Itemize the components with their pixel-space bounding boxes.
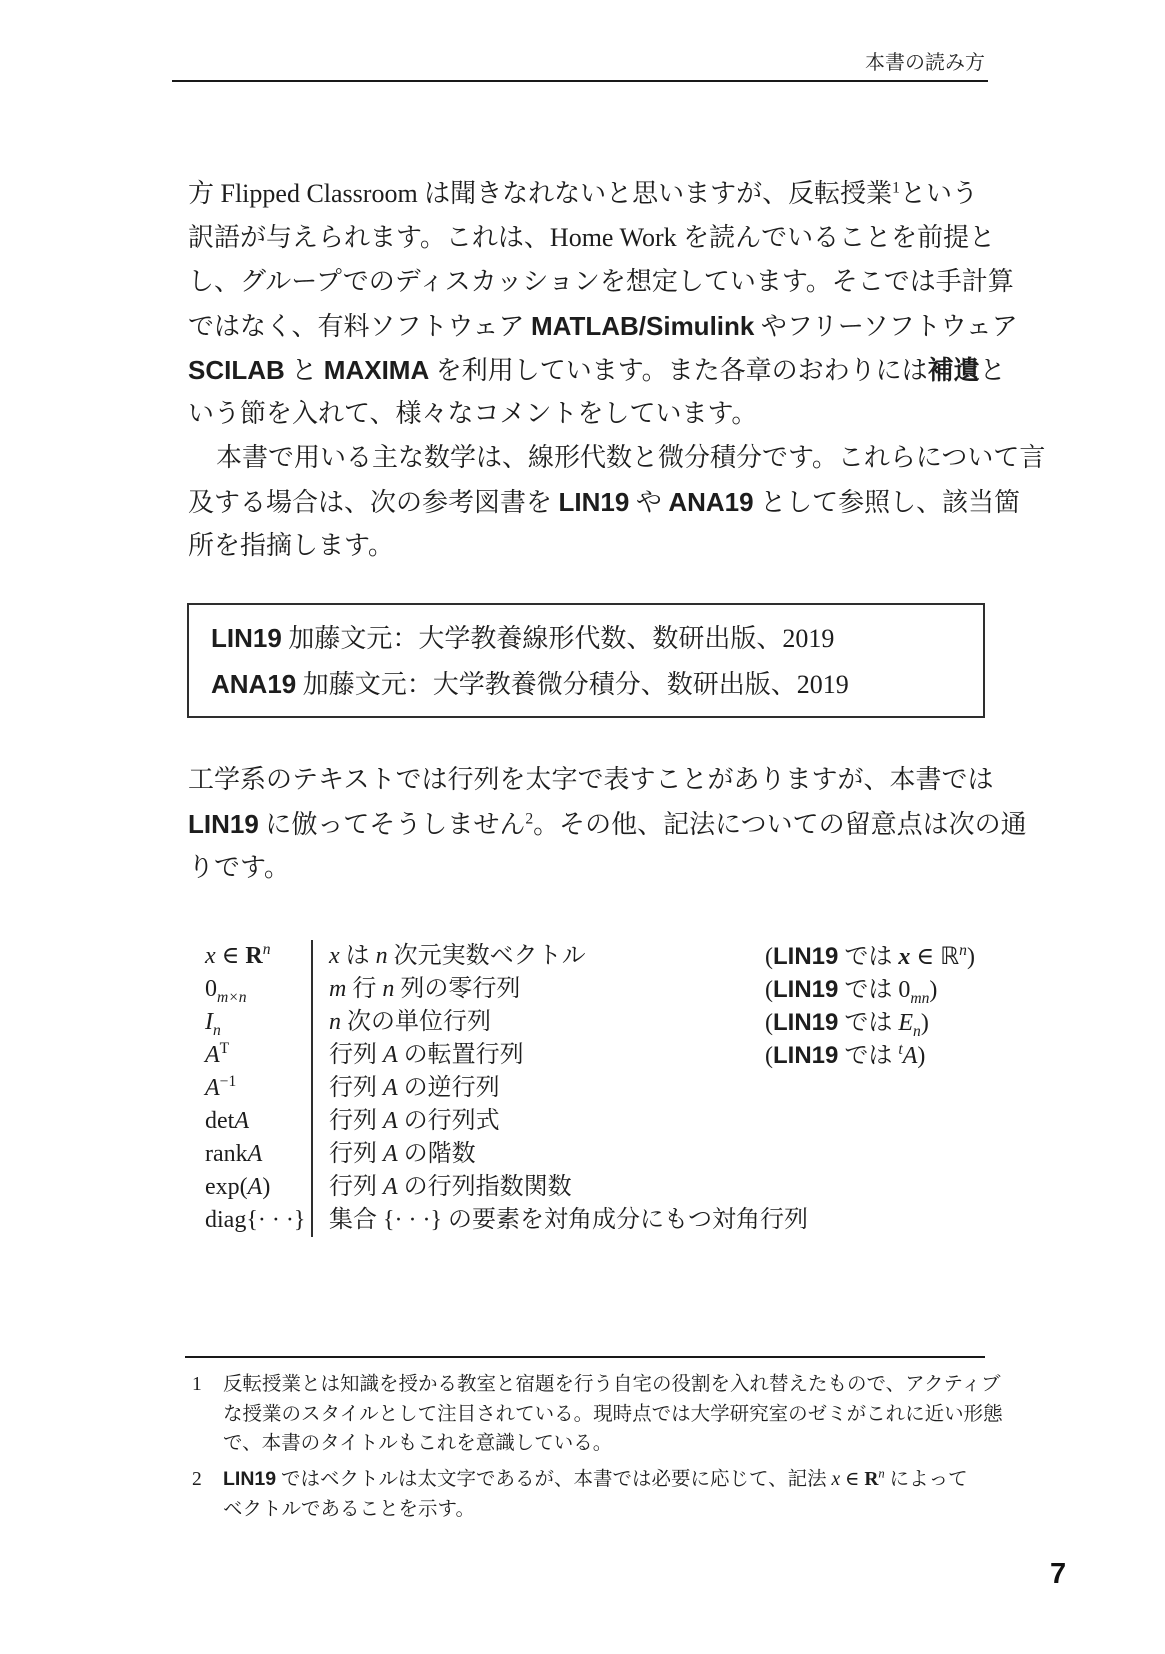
text-line: 所を指摘します。 bbox=[188, 524, 988, 568]
description-cell: 集合 {· · ·} の要素を対角成分にもつ対角行列 bbox=[311, 1204, 985, 1237]
emphasis-term: 補遺 bbox=[928, 355, 980, 385]
product-name: SCILAB bbox=[188, 355, 285, 385]
product-name: MAXIMA bbox=[324, 355, 429, 385]
reference-key: LIN19 bbox=[559, 487, 630, 517]
text-line: ではなく、有料ソフトウェア MATLAB/Simulink やフリーソフトウェア bbox=[188, 304, 988, 348]
reference-key: LIN19 bbox=[211, 623, 282, 653]
book-page: 本書の読み方 方 Flipped Classroom は聞きなれないと思いますが… bbox=[0, 0, 1165, 1654]
symbol-cell: x ∈ Rn bbox=[205, 940, 311, 973]
notation-row: A−1 行列 A の逆行列 bbox=[205, 1072, 985, 1105]
text-line: で、本書のタイトルもこれを意識している。 bbox=[223, 1429, 987, 1459]
notation-row: 0m×n m 行 n 列の零行列 (LIN19 では 0mn) bbox=[205, 973, 985, 1006]
reference-entry: LIN19 加藤文元：大学教養線形代数、数研出版、2019 bbox=[211, 615, 983, 661]
text-line: 方 Flipped Classroom は聞きなれないと思いますが、反転授業1と… bbox=[188, 172, 988, 216]
notation-row: diag{· · ·} 集合 {· · ·} の要素を対角成分にもつ対角行列 bbox=[205, 1204, 985, 1237]
footnote-ref-2: 2 bbox=[525, 810, 533, 827]
footnote-text: LIN19 ではベクトルは太文字であるが、本書では必要に応じて、記法 x ∈ R… bbox=[223, 1465, 987, 1524]
main-text: 方 Flipped Classroom は聞きなれないと思いますが、反転授業1と… bbox=[188, 172, 988, 568]
text-line: 本書で用いる主な数学は、線形代数と微分積分です。これらについて言 bbox=[188, 436, 988, 480]
text-line: 工学系のテキストでは行列を太字で表すことがありますが、本書では bbox=[188, 758, 988, 802]
symbol-cell: rankA bbox=[205, 1138, 311, 1171]
footnote-rule bbox=[185, 1356, 985, 1358]
reference-key: ANA19 bbox=[668, 487, 753, 517]
text-line: LIN19 に倣ってそうしません2。その他、記法についての留意点は次の通 bbox=[188, 802, 988, 846]
description-cell: 行列 A の逆行列 bbox=[311, 1072, 985, 1105]
notation-row: rankA 行列 A の階数 bbox=[205, 1138, 985, 1171]
footnote-marker: 2 bbox=[192, 1465, 202, 1495]
footnote-marker: 1 bbox=[192, 1370, 202, 1400]
notation-row: In n 次の単位行列 (LIN19 では En) bbox=[205, 1006, 985, 1039]
lin19-note-cell: (LIN19 では 0mn) bbox=[765, 973, 937, 1007]
lin19-note-cell: (LIN19 では tA) bbox=[765, 1039, 925, 1073]
footnote-text: 反転授業とは知識を授かる教室と宿題を行う自宅の役割を入れ替えたもので、アクティブ… bbox=[223, 1370, 987, 1459]
text-line: し、グループでのディスカッションを想定しています。そこでは手計算 bbox=[188, 260, 988, 304]
text-line: ベクトルであることを示す。 bbox=[223, 1495, 987, 1525]
lin19-note-cell: (LIN19 では x ∈ ℝn) bbox=[765, 940, 975, 974]
reference-key: LIN19 bbox=[223, 1468, 276, 1490]
description-cell: 行列 A の階数 bbox=[311, 1138, 985, 1171]
symbol-cell: diag{· · ·} bbox=[205, 1204, 311, 1237]
symbol-cell: 0m×n bbox=[205, 973, 311, 1006]
text-line: LIN19 ではベクトルは太文字であるが、本書では必要に応じて、記法 x ∈ R… bbox=[223, 1465, 987, 1495]
description-cell: 行列 A の行列指数関数 bbox=[311, 1171, 985, 1204]
symbol-cell: detA bbox=[205, 1105, 311, 1138]
symbol-cell: In bbox=[205, 1006, 311, 1039]
notation-row: detA 行列 A の行列式 bbox=[205, 1105, 985, 1138]
footnote-ref-1: 1 bbox=[892, 179, 900, 196]
text-line: 訳語が与えられます。これは、Home Work を読んでいることを前提と bbox=[188, 216, 988, 260]
symbol-cell: A−1 bbox=[205, 1072, 311, 1105]
text-line: 及する場合は、次の参考図書を LIN19 や ANA19 として参照し、該当箇 bbox=[188, 480, 988, 524]
reference-box: LIN19 加藤文元：大学教養線形代数、数研出版、2019 ANA19 加藤文元… bbox=[187, 603, 985, 718]
running-header: 本書の読み方 bbox=[185, 46, 985, 75]
reference-key: ANA19 bbox=[211, 669, 296, 699]
notation-table: x ∈ Rn x は n 次元実数ベクトル (LIN19 では x ∈ ℝn) … bbox=[205, 940, 985, 1237]
text-line: いう節を入れて、様々なコメントをしています。 bbox=[188, 392, 988, 436]
text-line: な授業のスタイルとして注目されている。現時点では大学研究室のゼミがこれに近い形態 bbox=[223, 1400, 987, 1430]
text-line: 反転授業とは知識を授かる教室と宿題を行う自宅の役割を入れ替えたもので、アクティブ bbox=[223, 1370, 987, 1400]
reference-key: LIN19 bbox=[188, 809, 259, 839]
symbol-cell: exp(A) bbox=[205, 1171, 311, 1204]
description-cell: 行列 A の行列式 bbox=[311, 1105, 985, 1138]
notation-row: AT 行列 A の転置行列 (LIN19 では tA) bbox=[205, 1039, 985, 1072]
paragraph: 工学系のテキストでは行列を太字で表すことがありますが、本書では LIN19 に倣… bbox=[188, 758, 988, 890]
text-line: SCILAB と MAXIMA を利用しています。また各章のおわりには補遺と bbox=[188, 348, 988, 392]
lin19-note-cell: (LIN19 では En) bbox=[765, 1006, 929, 1040]
text-line: りです。 bbox=[188, 846, 988, 890]
header-rule bbox=[172, 80, 988, 82]
page-number: 7 bbox=[1050, 1558, 1066, 1591]
product-name: MATLAB/Simulink bbox=[531, 311, 754, 341]
symbol-cell: AT bbox=[205, 1039, 311, 1072]
reference-entry: ANA19 加藤文元：大学教養微分積分、数研出版、2019 bbox=[211, 661, 983, 707]
notation-row: exp(A) 行列 A の行列指数関数 bbox=[205, 1171, 985, 1204]
notation-row: x ∈ Rn x は n 次元実数ベクトル (LIN19 では x ∈ ℝn) bbox=[205, 940, 985, 973]
footnote-2: 2 LIN19 ではベクトルは太文字であるが、本書では必要に応じて、記法 x ∈… bbox=[192, 1465, 987, 1524]
footnote-1: 1 反転授業とは知識を授かる教室と宿題を行う自宅の役割を入れ替えたもので、アクテ… bbox=[192, 1370, 987, 1459]
